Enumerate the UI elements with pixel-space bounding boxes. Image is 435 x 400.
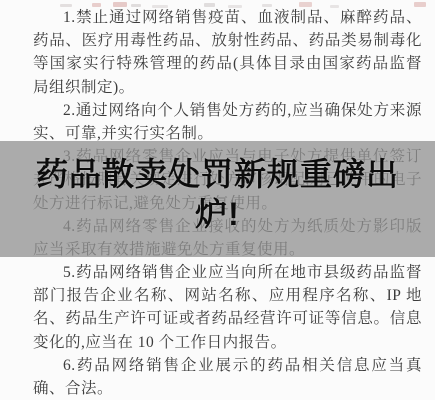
headline-line-2: 炉! — [0, 194, 435, 234]
document-line: 部门报告企业名称、网站名称、应用程序名称、IP 地址、域 — [33, 284, 422, 307]
document-line: 2.通过网络向个人销售处方药的,应当确保处方来源真 — [33, 99, 422, 122]
document-line: 变化的,应当在 10 个工作日内报告。 — [33, 331, 422, 354]
headline: 药品散卖处罚新规重磅出 炉! — [0, 141, 435, 234]
document-line: 名、药品生产许可证或者药品经营许可证等信息。信息发生 — [33, 307, 422, 330]
document-line: 局组织制定)。 — [33, 76, 422, 99]
article-page: 1.禁止通过网络销售疫苗、血液制品、麻醉药品、精神 药品、医疗用毒性药品、放射性… — [0, 0, 435, 400]
document-line: 5.药品网络销售企业应当向所在地市县级药品监督管理 — [33, 261, 422, 284]
headline-line-1: 药品散卖处罚新规重磅出 — [0, 154, 435, 194]
document-line: 1.禁止通过网络销售疫苗、血液制品、麻醉药品、精神 — [33, 6, 422, 29]
document-line: 确、合法。 — [33, 377, 422, 400]
document-line: 等国家实行特殊管理的药品(具体目录由国家药品监督管理 — [33, 52, 422, 75]
document-line: 药品、医疗用毒性药品、放射性药品、药品类易制毒化学品 — [33, 29, 422, 52]
document-line: 6.药品网络销售企业展示的药品相关信息应当真实、准 — [33, 354, 422, 377]
headline-banner: 药品散卖处罚新规重磅出 炉! — [0, 141, 435, 257]
